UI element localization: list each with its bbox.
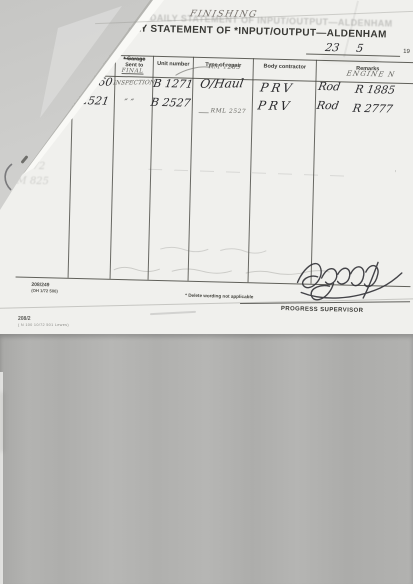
col-header-body-contractor: Body contractor — [255, 63, 315, 70]
form-imprint-code: (OH 1/72 500) — [31, 288, 58, 294]
row1-type-of-repair: O/Haul — [199, 76, 245, 90]
scanner-edge-smudge — [0, 392, 5, 452]
date-year-printed: 19 — [403, 49, 410, 55]
progress-supervisor-label: PROGRESS SUPERVISOR — [281, 306, 364, 314]
delete-wording-footnote: * Delete wording not applicable — [185, 293, 253, 300]
scanner-background — [0, 334, 413, 584]
repair-note-dash — [199, 112, 209, 113]
backing-sheet-ref: 208/2 — [18, 316, 31, 322]
row1-remark: R 1885 — [354, 83, 396, 97]
row2-initials: Rod — [316, 99, 340, 112]
faint-pencil-line — [148, 169, 346, 177]
backing-sheet-small-print: ( N 100 10/72 501 Lewes) — [18, 323, 69, 327]
repair-note-arrow — [175, 63, 211, 78]
row2-unit-number: B 2527 — [150, 96, 192, 110]
date-day: 23 — [324, 41, 340, 54]
row1-repair-note: RM 1283 — [209, 63, 241, 71]
engine-annotation: ENGINE N — [346, 70, 396, 79]
margin-hook-mark — [0, 162, 14, 192]
sent-to-final-annotation: FINAL — [122, 68, 144, 75]
row2-repair-note: RML 2527 — [211, 108, 247, 115]
row1-sent-to: INSPECTION — [112, 79, 155, 86]
scanned-document: DAILY STATEMENT OF INPUT/OUTPUT—ALDENHAM… — [0, 0, 413, 584]
row1-initials: Rod — [317, 80, 341, 93]
row1-unit-number: B 1271 — [152, 77, 194, 91]
row1-contractor: PRV — [259, 80, 296, 95]
date-month: 5 — [355, 42, 364, 55]
row2-contractor: PRV — [257, 98, 294, 113]
stray-mark: ' — [394, 169, 396, 178]
row2-remark: R 2777 — [352, 102, 394, 116]
row2-sent-to-ditto: ″ ″ — [123, 98, 134, 108]
faint-scribble — [158, 243, 268, 256]
